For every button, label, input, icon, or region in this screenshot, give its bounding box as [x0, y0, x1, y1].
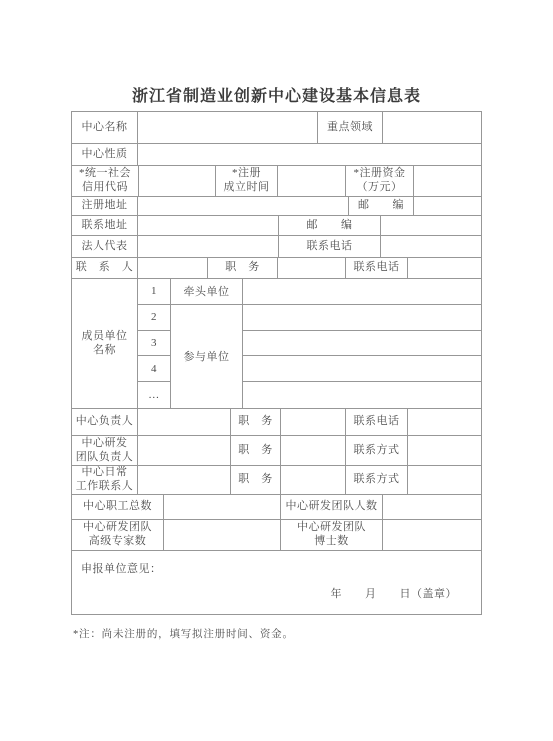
legal-rep-input[interactable] — [138, 236, 279, 257]
daily-contact-method-input[interactable] — [408, 466, 481, 494]
member-index: 3 — [138, 331, 170, 357]
center-name-label: 中心名称 — [72, 112, 138, 143]
row-contact-address: 联系地址 邮 编 — [72, 216, 481, 236]
doctors-label: 中心研发团队 博士数 — [281, 520, 383, 550]
contact-person-label: 联 系 人 — [72, 258, 138, 278]
legal-rep-label: 法人代表 — [72, 236, 138, 257]
contact-phone-input[interactable] — [408, 258, 481, 278]
center-nature-input[interactable] — [138, 144, 481, 165]
member-index: 1 — [138, 279, 170, 305]
center-name-input[interactable] — [138, 112, 318, 143]
contact-address-label: 联系地址 — [72, 216, 138, 235]
reg-postcode-input[interactable] — [414, 197, 481, 215]
daily-duty-input[interactable] — [281, 466, 346, 494]
reg-time-label: *注册 成立时间 — [216, 166, 278, 196]
reg-time-input[interactable] — [278, 166, 346, 196]
member-index-column: 1 2 3 4 … — [138, 279, 171, 408]
staff-total-label: 中心职工总数 — [72, 495, 164, 519]
head-duty-label: 职 务 — [231, 409, 281, 435]
rd-head-duty-input[interactable] — [281, 436, 346, 465]
member-unit-input[interactable] — [243, 279, 481, 305]
daily-contact-method-label: 联系方式 — [346, 466, 408, 494]
row-contact-person: 联 系 人 职 务 联系电话 — [72, 258, 481, 279]
member-unit-input[interactable] — [243, 356, 481, 382]
member-units-label: 成员单位 名称 — [72, 279, 138, 408]
row-staff-counts: 中心职工总数 中心研发团队人数 — [72, 495, 481, 520]
row-center-name: 中心名称 重点领域 — [72, 112, 481, 144]
contact-postcode-input[interactable] — [381, 216, 481, 235]
member-index: 4 — [138, 356, 170, 382]
member-index: 2 — [138, 305, 170, 331]
footnote: *注：尚未注册的，填写拟注册时间、资金。 — [73, 626, 294, 641]
rd-head-contact-label: 联系方式 — [346, 436, 408, 465]
member-unit-input[interactable] — [243, 331, 481, 357]
reg-address-label: 注册地址 — [72, 197, 138, 215]
credit-code-label: *统一社会 信用代码 — [72, 166, 139, 196]
declare-opinion-label: 申报单位意见： — [72, 551, 481, 576]
row-daily-contact: 中心日常 工作联系人 职 务 联系方式 — [72, 466, 481, 495]
head-phone-label: 联系电话 — [346, 409, 408, 435]
declare-opinion-cell[interactable]: 申报单位意见： 年 月 日（盖章） — [72, 551, 481, 614]
doctors-input[interactable] — [383, 520, 481, 550]
credit-code-input[interactable] — [139, 166, 216, 196]
row-center-nature: 中心性质 — [72, 144, 481, 166]
rd-head-input[interactable] — [138, 436, 231, 465]
contact-person-input[interactable] — [138, 258, 208, 278]
reg-capital-input[interactable] — [414, 166, 481, 196]
contact-duty-label: 职 务 — [208, 258, 278, 278]
contact-postcode-label: 邮 编 — [279, 216, 381, 235]
key-area-label: 重点领域 — [318, 112, 383, 143]
center-head-label: 中心负责人 — [72, 409, 138, 435]
senior-experts-label: 中心研发团队 高级专家数 — [72, 520, 164, 550]
date-seal-label: 年 月 日（盖章） — [331, 585, 482, 614]
rd-head-duty-label: 职 务 — [231, 436, 281, 465]
join-unit-label: 参与单位 — [171, 305, 242, 408]
head-phone-input[interactable] — [408, 409, 481, 435]
form-sheet: 浙江省制造业创新中心建设基本信息表 中心名称 重点领域 中心性质 *统一社会 信… — [0, 0, 553, 741]
contact-duty-input[interactable] — [278, 258, 346, 278]
daily-contact-input[interactable] — [138, 466, 231, 494]
reg-address-input[interactable] — [138, 197, 349, 215]
rd-team-total-input[interactable] — [383, 495, 481, 519]
rd-team-total-label: 中心研发团队人数 — [281, 495, 383, 519]
center-head-input[interactable] — [138, 409, 231, 435]
head-duty-input[interactable] — [281, 409, 346, 435]
legal-phone-input[interactable] — [381, 236, 481, 257]
form-title: 浙江省制造业创新中心建设基本信息表 — [0, 83, 553, 106]
contact-address-input[interactable] — [138, 216, 279, 235]
key-area-input[interactable] — [383, 112, 481, 143]
reg-postcode-label: 邮 编 — [349, 197, 414, 215]
row-legal-rep: 法人代表 联系电话 — [72, 236, 481, 258]
staff-total-input[interactable] — [164, 495, 281, 519]
member-index: … — [138, 382, 170, 408]
member-value-column — [243, 279, 481, 408]
row-rd-head: 中心研发 团队负责人 职 务 联系方式 — [72, 436, 481, 466]
daily-contact-label: 中心日常 工作联系人 — [72, 466, 138, 494]
row-reg-address: 注册地址 邮 编 — [72, 197, 481, 216]
row-expert-counts: 中心研发团队 高级专家数 中心研发团队 博士数 — [72, 520, 481, 551]
lead-unit-label: 牵头单位 — [171, 279, 242, 305]
legal-phone-label: 联系电话 — [279, 236, 381, 257]
member-unit-input[interactable] — [243, 305, 481, 331]
member-type-column: 牵头单位 参与单位 — [171, 279, 243, 408]
info-table: 中心名称 重点领域 中心性质 *统一社会 信用代码 *注册 成立时间 *注册资金… — [71, 111, 482, 615]
contact-phone-label: 联系电话 — [346, 258, 408, 278]
member-unit-input[interactable] — [243, 382, 481, 408]
reg-capital-label: *注册资金 （万元） — [346, 166, 414, 196]
row-member-units: 成员单位 名称 1 2 3 4 … 牵头单位 参与单位 — [72, 279, 481, 409]
center-nature-label: 中心性质 — [72, 144, 138, 165]
row-center-head: 中心负责人 职 务 联系电话 — [72, 409, 481, 436]
senior-experts-input[interactable] — [164, 520, 281, 550]
rd-head-contact-input[interactable] — [408, 436, 481, 465]
row-registration: *统一社会 信用代码 *注册 成立时间 *注册资金 （万元） — [72, 166, 481, 197]
rd-head-label: 中心研发 团队负责人 — [72, 436, 138, 465]
daily-duty-label: 职 务 — [231, 466, 281, 494]
row-declare-opinion: 申报单位意见： 年 月 日（盖章） — [72, 551, 481, 614]
